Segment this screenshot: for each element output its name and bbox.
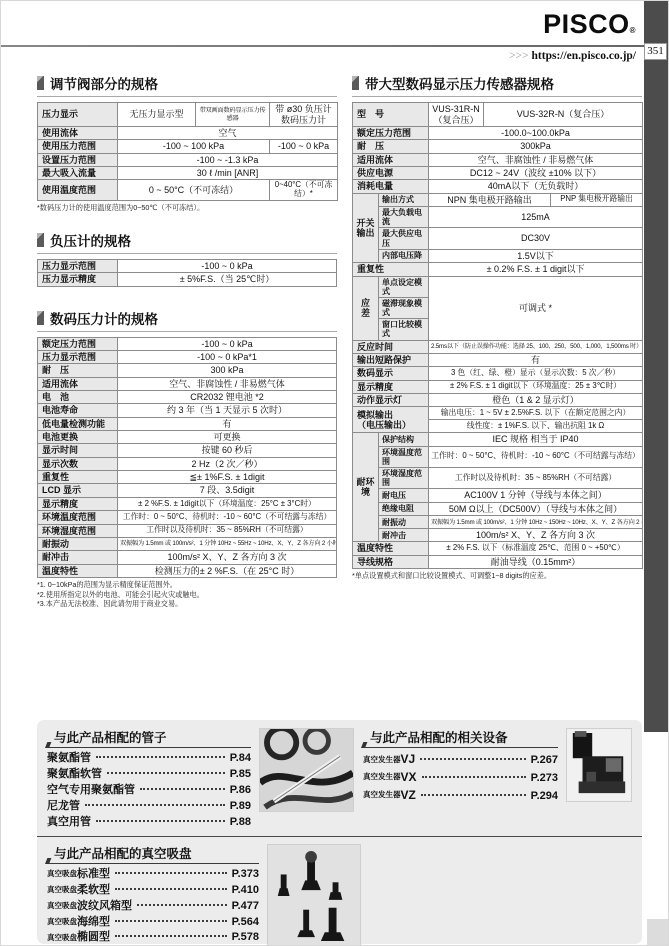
table-row: 使用流体空气 <box>38 127 338 140</box>
title-marker-icon <box>37 311 44 325</box>
row-label: 显示时间 <box>38 444 118 457</box>
list-item: 真空用管P.88 <box>47 815 251 831</box>
row-label: 导线规格 <box>353 555 429 568</box>
table-row: 显示时间按键 60 秒后 <box>38 444 337 457</box>
row-label: 低电量检测功能 <box>38 417 118 430</box>
title-marker-icon <box>37 233 44 247</box>
section-title-sensor: 带大型数码显示压力传感器规格 <box>352 73 642 97</box>
page-ref: P.89 <box>230 799 251 815</box>
row-label: 重复性 <box>38 471 118 484</box>
cell: 3 色（红、绿、橙）显示（显示次数：5 次／秒） <box>429 367 643 380</box>
cell: PNP 集电极开路输出 <box>551 193 643 206</box>
table-row: 低电量检测功能有 <box>38 417 337 430</box>
table-row: 耐冲击100m/s² X、Y、Z 各方向 3 次 <box>353 529 643 542</box>
cell: 2 Hz（2 次／秒） <box>118 457 337 470</box>
table-row: 压力显示范围-100 ~ 0 kPa <box>38 260 337 273</box>
related-pads-section: 与此产品相配的真空吸盘 真空吸盘标准型P.373 真空吸盘柔软型P.410 真空… <box>47 844 361 946</box>
catalog-page: PISCO® >>>https://en.pisco.co.jp/ 351 真空… <box>0 0 669 946</box>
logo-text: PISCO <box>543 9 630 39</box>
tick-icon <box>45 858 51 864</box>
section-title-digital-gauge: 数码压力计的规格 <box>37 308 337 332</box>
row-label: 电池更换 <box>38 431 118 444</box>
item-prefix: 真空发生器 <box>363 755 401 766</box>
row-label: 压力显示范围 <box>38 351 118 364</box>
cell: 工作时以及待机时：35 ~ 85%RH（不可结露） <box>118 524 337 537</box>
page-ref: P.86 <box>230 783 251 799</box>
table-row: 耐冲击100m/s² X、Y、Z 各方向 3 次 <box>38 551 337 564</box>
table-row: 压力显示范围-100 ~ 0 kPa*1 <box>38 351 337 364</box>
section-title-regulator: 调节阀部分的规格 <box>37 73 337 97</box>
dot-leader <box>422 776 526 778</box>
table-row: 最大吸入流量30 ℓ /min [ANR] <box>38 167 338 180</box>
vacuum-pads-photo <box>267 844 361 946</box>
table-row: 绝缘电阻50M Ω以上（DC500V）（导线与本体之间） <box>353 502 643 515</box>
tubes-photo <box>259 728 354 812</box>
cell: 可调式 * <box>429 276 643 340</box>
footnote: *单点设置模式和窗口比较设置模式、可调整1~8 digits的应差。 <box>352 571 642 581</box>
row-label: 反应时间 <box>353 340 429 353</box>
item-name: VX <box>401 769 417 786</box>
item-name: 真空用管 <box>47 815 91 831</box>
url-text[interactable]: https://en.pisco.co.jp/ <box>532 50 636 62</box>
cell: VUS-31R-N （复合压） <box>429 103 484 127</box>
page-ref: P.84 <box>230 751 251 767</box>
cell: 有 <box>118 417 337 430</box>
table-row: 压力显示精度± 5%F.S.（当 25℃时） <box>38 273 337 286</box>
cell: -100 ~ 0 kPa <box>118 260 337 273</box>
section-title-text: 调节阀部分的规格 <box>50 73 158 93</box>
table-row: 额定压力范围-100 ~ 0 kPa <box>38 337 337 350</box>
table-row: LCD 显示7 段、3.5digit <box>38 484 337 497</box>
list-item: 真空发生器VJP.267 <box>363 751 558 769</box>
item-prefix: 真空发生器 <box>363 772 401 783</box>
footnote: *2.使用所指定以外的电池、可能会引起火灾或触电。 <box>37 590 337 600</box>
table-row: 数码显示3 色（红、绿、橙）显示（显示次数：5 次／秒） <box>353 367 643 380</box>
row-label: 电 池 <box>38 391 118 404</box>
cell: 40mA以下（无负载时） <box>429 180 643 193</box>
group-label: 开关 输出 <box>353 193 379 262</box>
table-row: 输出短路保护有 <box>353 353 643 366</box>
cell: 橙色（1 & 2 显示灯） <box>429 394 643 407</box>
page-ref: P.273 <box>531 771 558 787</box>
row-label: 重复性 <box>353 263 429 276</box>
row-label: 耐电压 <box>379 489 429 502</box>
cell: -100 ~ 0 kPa <box>270 140 338 153</box>
row-label: 型 号 <box>353 103 429 127</box>
cell: 双振幅为 1.5mm 或 100m/s²、1 分钟 10Hz ~ 55Hz ~ … <box>118 537 337 550</box>
cell: -100 ~ 0 kPa*1 <box>118 351 337 364</box>
cell: 线性度：± 1%F.S. 以下、输出抗阻 1k Ω <box>429 420 643 433</box>
cell: 7 段、3.5digit <box>118 484 337 497</box>
panel-divider <box>37 836 642 837</box>
section-title-vacuum-gauge: 负压计的规格 <box>37 230 337 254</box>
table-row: 设置压力范围-100 ~ -1.3 kPa <box>38 153 338 166</box>
row-label: 电池寿命 <box>38 404 118 417</box>
cell: ± 5%F.S.（当 25℃时） <box>118 273 337 286</box>
row-label: 绝缘电阻 <box>379 502 429 515</box>
row-label: 最大供应电压 <box>379 228 429 249</box>
category-tab-label: 真空装置 <box>1 613 25 723</box>
cell: 双振幅为 1.5mm 或 100m/s²、1 分钟 10Hz ~ 150Hz ~… <box>429 516 643 529</box>
cell: 无压力显示型 <box>118 103 196 127</box>
table-row: 耐振动双振幅为 1.5mm 或 100m/s²、1 分钟 10Hz ~ 150H… <box>353 516 643 529</box>
cell: 30 ℓ /min [ANR] <box>118 167 338 180</box>
row-label: 设置压力范围 <box>38 153 118 166</box>
table-row: 使用温度范围0 ~ 50°C（不可冻结）0~40°C（不可冻结）* <box>38 180 338 201</box>
page-number: 351 <box>644 43 667 60</box>
table-row: 内部电压降1.5V以下 <box>353 249 643 262</box>
section-title-text: 带大型数码显示压力传感器规格 <box>365 73 554 93</box>
row-label: 磁滞现象模式 <box>379 297 429 318</box>
cell: 耐油导线（0.15mm²） <box>429 555 643 568</box>
item-prefix: 真空吸盘 <box>47 917 77 928</box>
table-row: 反应时间2.5ms以下（防止误操作功能：选择 25、100、250、500、1,… <box>353 340 643 353</box>
table-row: 型 号 VUS-31R-N （复合压） VUS-32R-N（复合压） <box>353 103 643 127</box>
dot-leader <box>137 904 227 906</box>
row-label: 输出短路保护 <box>353 353 429 366</box>
title-marker-icon <box>352 76 359 90</box>
table-row: 最大供应电压DC30V <box>353 228 643 249</box>
page-ref: P.85 <box>230 767 251 783</box>
item-name: 标准型 <box>77 867 110 883</box>
section-title-text: 负压计的规格 <box>50 230 131 250</box>
table-row: 环境温度范围工作时：0 ~ 50°C、待机时：-10 ~ 60°C（不可结露与冻… <box>38 511 337 524</box>
row-label: 耐振动 <box>379 516 429 529</box>
item-prefix: 真空吸盘 <box>47 901 77 912</box>
item-name: 椭圆型 <box>77 930 110 946</box>
cell: ± 2 %F.S. ± 1digit以下（环境温度：25°C ± 3°C时） <box>118 497 337 510</box>
item-name: 海绵型 <box>77 915 110 931</box>
cell: 50M Ω以上（DC500V）（导线与本体之间） <box>429 502 643 515</box>
cell: CR2032 锂电池 *2 <box>118 391 337 404</box>
row-label: 使用温度范围 <box>38 180 118 201</box>
cell: -100 ~ -1.3 kPa <box>118 153 338 166</box>
row-label: 保护结构 <box>379 433 429 446</box>
right-column: 带大型数码显示压力传感器规格 型 号 VUS-31R-N （复合压） VUS-3… <box>352 73 642 581</box>
related-tubes-section: 与此产品相配的管子 聚氨酯管P.84 聚氨酯软管P.85 空气专用聚氨酯管P.8… <box>47 728 355 831</box>
sidebar-footer-tab <box>647 919 668 945</box>
item-name: 尼龙管 <box>47 799 80 815</box>
cell: ≦± 1%F.S. ± 1digit <box>118 471 337 484</box>
row-label: 显示次数 <box>38 457 118 470</box>
cell: 带 ø30 负压计 数码压力计 <box>270 103 338 127</box>
list-item: 聚氨酯管P.84 <box>47 751 251 767</box>
list-item: 聚氨酯软管P.85 <box>47 767 251 783</box>
item-name: VJ <box>401 751 416 768</box>
cell: 100m/s² X、Y、Z 各方向 3 次 <box>118 551 337 564</box>
row-label: 压力显示范围 <box>38 260 118 273</box>
dot-leader <box>96 756 225 758</box>
related-title-text: 与此产品相配的相关设备 <box>370 728 508 746</box>
cell: IEC 规格 相当于 IP40 <box>429 433 643 446</box>
table-row: 耐振动双振幅为 1.5mm 或 100m/s²、1 分钟 10Hz ~ 55Hz… <box>38 537 337 550</box>
related-equipment-section: 与此产品相配的相关设备 真空发生器VJP.267 真空发生器VXP.273 真空… <box>363 728 632 805</box>
group-label: 耐环境 <box>353 433 379 542</box>
page-ref: P.410 <box>232 883 259 899</box>
table-row: 压力显示 无压力显示型 带双画面数码显示压力传感器 带 ø30 负压计 数码压力… <box>38 103 338 127</box>
cell: 2.5ms以下（防止误操作功能：选择 25、100、250、500、1,000、… <box>429 340 643 353</box>
dot-leader <box>96 820 225 822</box>
row-label: 最大负载电流 <box>379 207 429 228</box>
footnote: *1. 0~10kPa的范围为显示精度保证范围外。 <box>37 580 337 590</box>
row-label: 最大吸入流量 <box>38 167 118 180</box>
list-item: 真空发生器VZP.294 <box>363 787 558 805</box>
section-title-text: 数码压力计的规格 <box>50 308 158 328</box>
table-row: 消耗电量40mA以下（无负载时） <box>353 180 643 193</box>
cell: DC30V <box>429 228 643 249</box>
list-item: 真空发生器VXP.273 <box>363 769 558 787</box>
row-label: 使用压力范围 <box>38 140 118 153</box>
item-name: 空气专用聚氨酯管 <box>47 783 135 799</box>
list-item: 真空吸盘标准型P.373 <box>47 867 259 883</box>
cell: 有 <box>429 353 643 366</box>
table-row: 环境湿度范围工作时以及待机时：35 ~ 85%RH（不可结露） <box>38 524 337 537</box>
footnote: *3.本产品无法校准、因此请勿用于商业交易。 <box>37 599 337 609</box>
pisco-logo: PISCO® <box>543 9 636 40</box>
table-row: 耐电压AC100V 1 分钟（导线与本体之间） <box>353 489 643 502</box>
row-label: 耐冲击 <box>379 529 429 542</box>
list-item: 尼龙管P.89 <box>47 799 251 815</box>
footnote: *数码压力计的使用温度范围为0~50℃（不可冻结）。 <box>37 203 337 213</box>
row-label: 环境温度范围 <box>379 446 429 467</box>
table-row: 温度特性± 2% F.S. 以下（标准温度 25℃、范围 0 ~ +50℃） <box>353 542 643 555</box>
dot-leader <box>421 794 526 796</box>
chevrons-icon: >>> <box>509 50 528 62</box>
related-pads-title: 与此产品相配的真空吸盘 <box>47 844 259 864</box>
row-label: 单点设定模式 <box>379 276 429 297</box>
cell: 空气、非腐蚀性 / 非易燃气体 <box>429 153 643 166</box>
table-row: 显示次数2 Hz（2 次／秒） <box>38 457 337 470</box>
row-label: 显示精度 <box>38 497 118 510</box>
table-row: 重复性± 0.2% F.S. ± 1 digit以下 <box>353 263 643 276</box>
row-label: 环境湿度范围 <box>379 468 429 489</box>
row-label: 动作显示灯 <box>353 394 429 407</box>
table-row: 电 池CR2032 锂电池 *2 <box>38 391 337 404</box>
row-label: 模拟输出 （电压输出） <box>353 407 429 433</box>
row-label: 环境温度范围 <box>38 511 118 524</box>
row-label: 显示精度 <box>353 380 429 393</box>
table-row: 重复性≦± 1%F.S. ± 1digit <box>38 471 337 484</box>
item-name: VZ <box>401 787 416 804</box>
cell: 空气 <box>118 127 338 140</box>
item-name: 柔软型 <box>77 883 110 899</box>
row-label: 适用流体 <box>38 377 118 390</box>
cell: 输出电压：1 ~ 5V ± 2.5%F.S. 以下（在额定范围之内） <box>429 407 643 420</box>
left-column: 调节阀部分的规格 压力显示 无压力显示型 带双画面数码显示压力传感器 带 ø30… <box>37 73 337 609</box>
table-row: 适用流体空气、非腐蚀性 / 非易燃气体 <box>353 153 643 166</box>
tick-icon <box>45 742 51 748</box>
dot-leader <box>115 872 227 874</box>
cell: AC100V 1 分钟（导线与本体之间） <box>429 489 643 502</box>
row-label: LCD 显示 <box>38 484 118 497</box>
row-label: 温度特性 <box>38 564 118 577</box>
sensor-spec-table: 型 号 VUS-31R-N （复合压） VUS-32R-N（复合压） 额定压力范… <box>352 102 643 569</box>
group-label: 应 差 <box>353 276 379 340</box>
related-products-panel: 与此产品相配的管子 聚氨酯管P.84 聚氨酯软管P.85 空气专用聚氨酯管P.8… <box>37 720 642 944</box>
row-label: 额定压力范围 <box>38 337 118 350</box>
cell: 按键 60 秒后 <box>118 444 337 457</box>
cell: -100 ~ 100 kPa <box>118 140 270 153</box>
table-row: 动作显示灯橙色（1 & 2 显示灯） <box>353 394 643 407</box>
registered-mark-icon: ® <box>630 26 636 35</box>
cell: 100m/s² X、Y、Z 各方向 3 次 <box>429 529 643 542</box>
page-ref: P.578 <box>232 930 259 946</box>
tick-icon <box>361 742 367 748</box>
regulator-spec-table: 压力显示 无压力显示型 带双画面数码显示压力传感器 带 ø30 负压计 数码压力… <box>37 102 338 201</box>
cell: 0~40°C（不可冻结）* <box>270 180 338 201</box>
row-label: 耐振动 <box>38 537 118 550</box>
page-ref: P.477 <box>232 899 259 915</box>
cell: VUS-32R-N（复合压） <box>484 103 643 127</box>
cell: 工作时：0 ~ 50°C、待机时：-10 ~ 60°C（不可结露与冻结） <box>118 511 337 524</box>
table-row: 最大负载电流125mA <box>353 207 643 228</box>
table-row: 应 差 单点设定模式 可调式 * <box>353 276 643 297</box>
table-row: 耐 压300 kPa <box>38 364 337 377</box>
cell: 工作时以及待机时：35 ~ 85%RH（不可结露） <box>429 468 643 489</box>
table-row: 环境温度范围工作时：0 ~ 50°C、待机时：-10 ~ 60°C（不可结露与冻… <box>353 446 643 467</box>
list-item: 真空吸盘海绵型P.564 <box>47 915 259 931</box>
cell: 300 kPa <box>118 364 337 377</box>
table-row: 温度特性检测压力的± 2 %F.S.（在 25°C 时） <box>38 564 337 577</box>
cell: 125mA <box>429 207 643 228</box>
item-prefix: 真空吸盘 <box>47 869 77 880</box>
row-label: 适用流体 <box>353 153 429 166</box>
table-row: 模拟输出 （电压输出） 输出电压：1 ~ 5V ± 2.5%F.S. 以下（在额… <box>353 407 643 420</box>
cell: 带双画面数码显示压力传感器 <box>196 103 270 127</box>
cell: -100 ~ 0 kPa <box>118 337 337 350</box>
row-label: 输出方式 <box>379 193 429 206</box>
dot-leader <box>85 804 225 806</box>
cell: 1.5V以下 <box>429 249 643 262</box>
cell: 0 ~ 50°C（不可冻结） <box>118 180 270 201</box>
list-item: 空气专用聚氨酯管P.86 <box>47 783 251 799</box>
cell: 可更换 <box>118 431 337 444</box>
cell: 300kPa <box>429 140 643 153</box>
table-row: 供应电源DC12 ~ 24V（波纹 ±10% 以下） <box>353 167 643 180</box>
table-row: 额定压力范围-100.0~100.0kPa <box>353 127 643 140</box>
cell: NPN 集电极开路输出 <box>429 193 551 206</box>
table-row: 显示精度± 2 %F.S. ± 1digit以下（环境温度：25°C ± 3°C… <box>38 497 337 510</box>
row-label: 耐 压 <box>38 364 118 377</box>
table-row: 适用流体空气、非腐蚀性 / 非易燃气体 <box>38 377 337 390</box>
list-item: 真空吸盘柔软型P.410 <box>47 883 259 899</box>
title-marker-icon <box>37 76 44 90</box>
row-label: 窗口比较模式 <box>379 319 429 340</box>
row-label: 温度特性 <box>353 542 429 555</box>
item-name: 聚氨酯软管 <box>47 767 102 783</box>
related-tubes-title: 与此产品相配的管子 <box>47 728 251 748</box>
table-row: 环境湿度范围工作时以及待机时：35 ~ 85%RH（不可结露） <box>353 468 643 489</box>
cell: ± 2% F.S. 以下（标准温度 25℃、范围 0 ~ +50℃） <box>429 542 643 555</box>
item-prefix: 真空发生器 <box>363 790 401 801</box>
row-label: 耐冲击 <box>38 551 118 564</box>
row-label: 耐 压 <box>353 140 429 153</box>
cell: DC12 ~ 24V（波纹 ±10% 以下） <box>429 167 643 180</box>
category-sidebar <box>644 1 668 732</box>
row-label: 供应电源 <box>353 167 429 180</box>
item-prefix: 真空吸盘 <box>47 933 77 944</box>
dot-leader <box>107 772 225 774</box>
cell: ± 0.2% F.S. ± 1 digit以下 <box>429 263 643 276</box>
table-row: 耐环境 保护结构 IEC 规格 相当于 IP40 <box>353 433 643 446</box>
cell: 检测压力的± 2 %F.S.（在 25°C 时） <box>118 564 337 577</box>
header-rule <box>1 45 645 47</box>
cell: -100.0~100.0kPa <box>429 127 643 140</box>
table-row: 耐 压300kPa <box>353 140 643 153</box>
dot-leader <box>115 920 227 922</box>
cell: 空气、非腐蚀性 / 非易燃气体 <box>118 377 337 390</box>
page-ref: P.88 <box>230 815 251 831</box>
item-name: 波纹风箱型 <box>77 899 132 915</box>
table-row: 开关 输出 输出方式 NPN 集电极开路输出 PNP 集电极开路输出 <box>353 193 643 206</box>
related-title-text: 与此产品相配的真空吸盘 <box>54 844 192 862</box>
page-ref: P.294 <box>531 789 558 805</box>
equipment-photo <box>566 728 632 802</box>
item-prefix: 真空吸盘 <box>47 885 77 896</box>
list-item: 真空吸盘椭圆型P.578 <box>47 930 259 946</box>
table-row: 显示精度± 2% F.S. ± 1 digit以下（环境温度：25 ± 3℃时） <box>353 380 643 393</box>
related-title-text: 与此产品相配的管子 <box>54 728 167 746</box>
page-ref: P.564 <box>232 915 259 931</box>
related-equipment-title: 与此产品相配的相关设备 <box>363 728 558 748</box>
row-label: 压力显示精度 <box>38 273 118 286</box>
site-url[interactable]: >>>https://en.pisco.co.jp/ <box>509 50 636 62</box>
row-label: 内部电压降 <box>379 249 429 262</box>
row-label: 使用流体 <box>38 127 118 140</box>
row-label: 数码显示 <box>353 367 429 380</box>
dot-leader <box>420 758 525 760</box>
table-row: 导线规格耐油导线（0.15mm²） <box>353 555 643 568</box>
cell: ± 2% F.S. ± 1 digit以下（环境温度：25 ± 3℃时） <box>429 380 643 393</box>
table-row: 电池更换可更换 <box>38 431 337 444</box>
page-ref: P.373 <box>232 867 259 883</box>
digital-gauge-table: 额定压力范围-100 ~ 0 kPa 压力显示范围-100 ~ 0 kPa*1 … <box>37 337 337 578</box>
page-ref: P.267 <box>531 753 558 769</box>
table-row: 使用压力范围-100 ~ 100 kPa-100 ~ 0 kPa <box>38 140 338 153</box>
vacuum-gauge-table: 压力显示范围-100 ~ 0 kPa 压力显示精度± 5%F.S.（当 25℃时… <box>37 259 337 287</box>
cell: 约 3 年（当 1 天显示 5 次时） <box>118 404 337 417</box>
table-row: 电池寿命约 3 年（当 1 天显示 5 次时） <box>38 404 337 417</box>
cell: 工作时：0 ~ 50°C、待机时：-10 ~ 60°C（不可结露与冻结） <box>429 446 643 467</box>
list-item: 真空吸盘波纹风箱型P.477 <box>47 899 259 915</box>
row-label: 压力显示 <box>38 103 118 127</box>
dot-leader <box>115 935 227 937</box>
row-label: 环境湿度范围 <box>38 524 118 537</box>
row-label: 额定压力范围 <box>353 127 429 140</box>
item-name: 聚氨酯管 <box>47 751 91 767</box>
dot-leader <box>140 788 225 790</box>
dot-leader <box>115 888 227 890</box>
row-label: 消耗电量 <box>353 180 429 193</box>
